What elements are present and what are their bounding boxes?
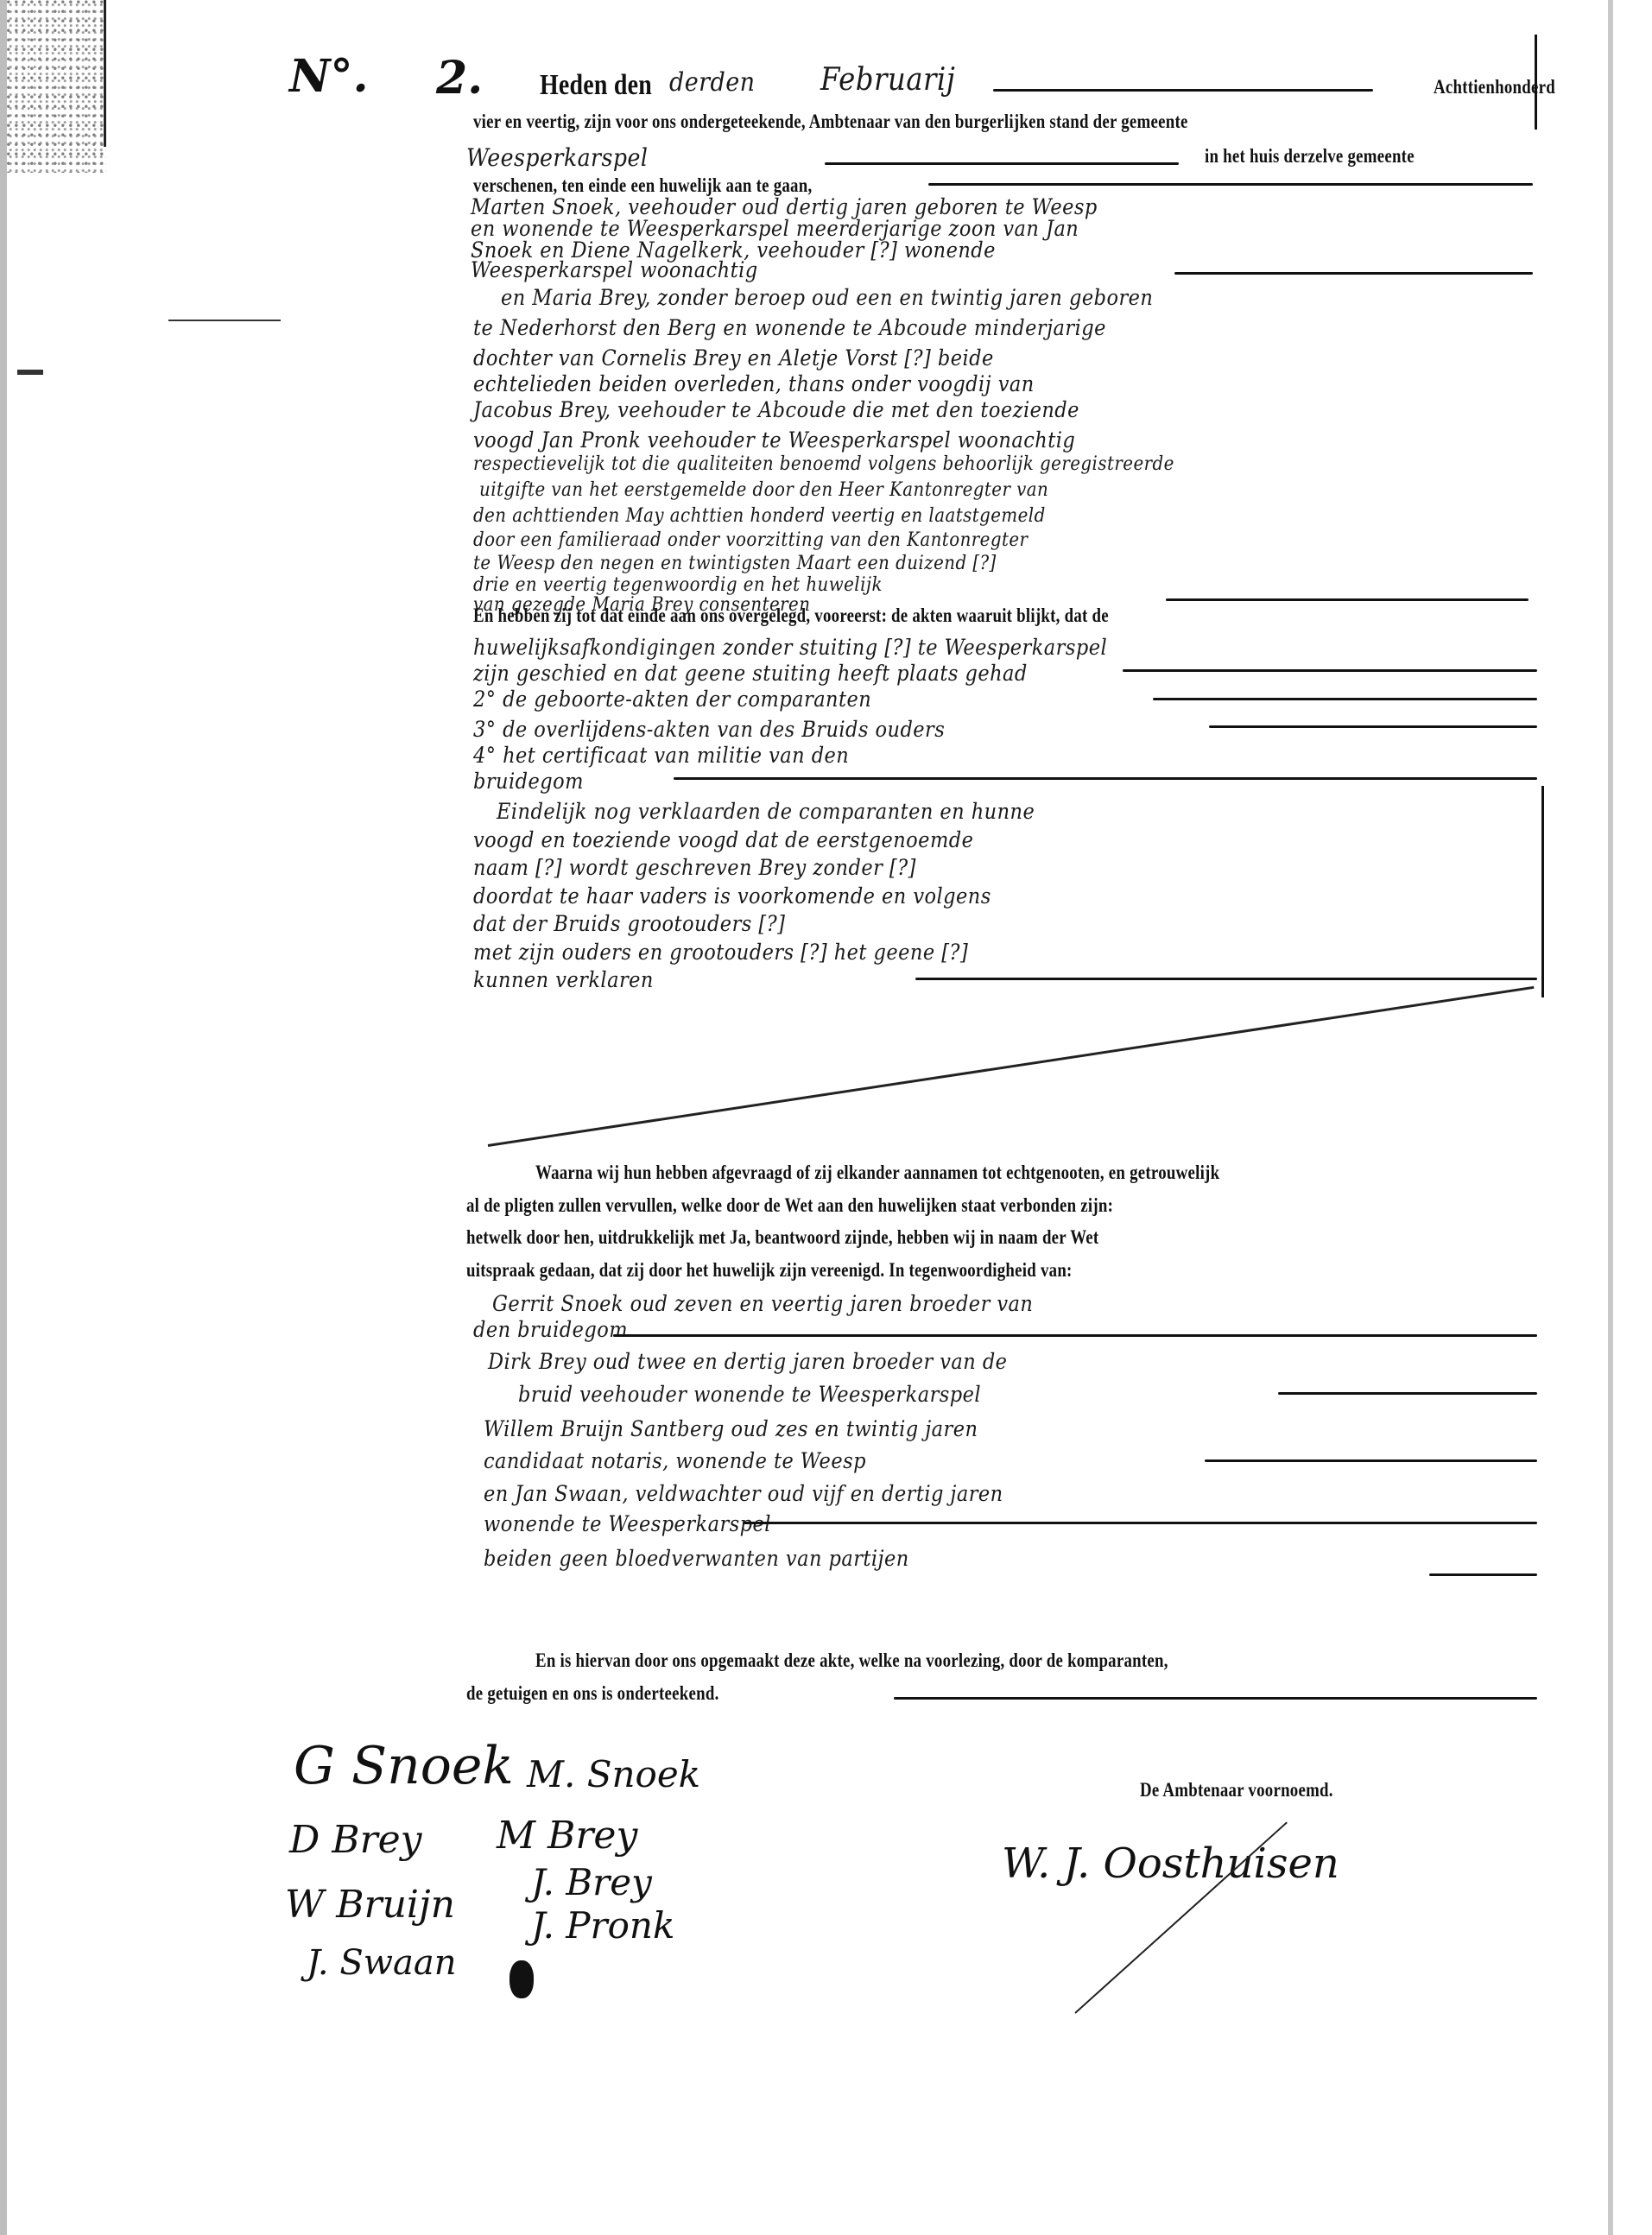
fill-rule	[915, 978, 1537, 980]
municipality-handwritten: Weesperkarspel	[466, 143, 648, 172]
witness-line: candidaat notaris, wonende te Weesp	[484, 1448, 866, 1473]
witness-line: beiden geen bloedverwanten van partijen	[484, 1546, 909, 1571]
parties-line: door een familieraad onder voorzitting v…	[473, 529, 1028, 551]
month-handwritten: Februarij	[820, 62, 955, 98]
parties-line: voogd Jan Pronk veehouder te Weesperkars…	[473, 427, 1075, 453]
signature-g-snoek: G Snoek	[294, 1736, 514, 1796]
documents-intro: En hebben zij tot dat einde aan ons over…	[473, 605, 1109, 627]
fill-rule	[743, 1522, 1537, 1524]
scan-left-edge	[0, 0, 7, 2235]
intro-line-2: vier en veertig, zijn voor ons ondergete…	[473, 111, 1188, 133]
fill-rule	[1174, 272, 1533, 275]
parties-line: te Weesp den negen en twintigsten Maart …	[473, 553, 997, 574]
fill-rule	[1123, 669, 1537, 672]
cancel-diagonal-line	[488, 986, 1535, 1147]
declaration-line: kunnen verklaren	[473, 967, 654, 992]
parties-line: uitgifte van het eerstgemelde door den H…	[479, 479, 1048, 501]
signature-j-swaan: J. Swaan	[307, 1943, 456, 1983]
parties-line: den achttienden May achttien honderd vee…	[473, 505, 1046, 527]
record-number-label: N°.	[289, 50, 369, 103]
witness-line: bruid veehouder wonende te Weesperkarspe…	[518, 1382, 981, 1407]
signature-m-brey: M Brey	[497, 1814, 637, 1858]
fill-rule	[1209, 725, 1537, 728]
declaration-line: dat der Bruids grootouders [?]	[473, 911, 785, 936]
fill-rule	[993, 89, 1373, 92]
document-item: zijn geschied en dat geene stuiting heef…	[473, 661, 1028, 686]
fill-rule	[825, 162, 1179, 165]
vows-line: Waarna wij hun hebben afgevraagd of zij …	[535, 1162, 1219, 1184]
intro-line-3-right: in het huis derzelve gemeente	[1205, 145, 1415, 168]
declaration-line: voogd en toeziende voogd dat de eerstgen…	[473, 827, 973, 852]
signature-d-brey: D Brey	[289, 1818, 422, 1862]
fill-rule	[928, 183, 1533, 186]
fill-rule	[1429, 1573, 1537, 1576]
parties-line: Weesperkarspel woonachtig	[471, 257, 758, 282]
parties-line: te Nederhorst den Berg en wonende te Abc…	[473, 315, 1106, 340]
signature-w-bruijn: W Bruijn	[285, 1883, 455, 1927]
fill-rule	[1153, 698, 1537, 700]
declaration-line: doordat te haar vaders is voorkomende en…	[473, 883, 991, 909]
scan-right-edge	[1608, 0, 1613, 2235]
document-item: 2° de geboorte-akten der comparanten	[473, 687, 871, 712]
parties-line: echtelieden beiden overleden, thans onde…	[473, 371, 1035, 396]
document-item: bruidegom	[473, 769, 584, 794]
vows-line: al de pligten zullen vervullen, welke do…	[466, 1194, 1113, 1217]
parties-line: Jacobus Brey, veehouder te Abcoude die m…	[473, 397, 1079, 422]
record-number: 2.	[436, 52, 483, 104]
witness-line: Willem Bruijn Santberg oud zes en twinti…	[484, 1416, 978, 1441]
closing-line-1: En is hiervan door ons opgemaakt deze ak…	[535, 1649, 1168, 1672]
ink-blot	[510, 1960, 534, 1998]
day-handwritten: derden	[669, 67, 756, 98]
declaration-line: met zijn ouders en grootouders [?] het g…	[473, 940, 968, 965]
vows-line: hetwelk door hen, uitdrukkelijk met Ja, …	[466, 1226, 1098, 1249]
document-item: 4° het certificaat van militie van den	[473, 743, 849, 768]
official-label: De Ambtenaar voornoemd.	[1140, 1779, 1333, 1801]
witness-line: Gerrit Snoek oud zeven en veertig jaren …	[492, 1291, 1033, 1316]
fill-rule	[1278, 1392, 1537, 1395]
document-item: huwelijksafkondigingen zonder stuiting […	[473, 635, 1107, 660]
witness-line: den bruidegom	[473, 1317, 628, 1342]
stray-line	[168, 320, 281, 321]
declaration-line: naam [?] wordt geschreven Brey zonder [?…	[473, 855, 916, 880]
intro-heden: Heden den	[540, 69, 652, 102]
intro-year-start: Achttienhonderd	[1434, 76, 1555, 98]
fill-rule	[894, 1697, 1537, 1700]
page-fold-line	[104, 0, 106, 147]
witness-line: Dirk Brey oud twee en dertig jaren broed…	[488, 1349, 1007, 1374]
vows-line: uitspraak gedaan, dat zij door het huwel…	[466, 1259, 1073, 1282]
margin-bracket	[1541, 786, 1544, 997]
signature-official: W. J. Oosthuisen	[1002, 1839, 1339, 1888]
parties-line: respectievelijk tot die qualiteiten beno…	[473, 453, 1174, 475]
parties-line: dochter van Cornelis Brey en Aletje Vors…	[473, 345, 994, 370]
fill-rule	[1166, 598, 1529, 601]
signature-j-pronk: J. Pronk	[531, 1904, 674, 1947]
parties-line: en Maria Brey, zonder beroep oud een en …	[501, 285, 1153, 310]
fill-rule	[1205, 1459, 1537, 1462]
signature-m-snoek: M. Snoek	[527, 1753, 700, 1795]
witness-line: en Jan Swaan, veldwachter oud vijf en de…	[484, 1481, 1003, 1506]
signature-j-brey: J. Brey	[531, 1861, 652, 1903]
parties-line: drie en veertig tegenwoordig en het huwe…	[473, 574, 883, 596]
declaration-line: Eindelijk nog verklaarden de comparanten…	[497, 799, 1035, 824]
witness-line: wonende te Weesperkarspel	[484, 1511, 771, 1536]
closing-line-2: de getuigen en ons is onderteekend.	[466, 1682, 719, 1705]
document-item: 3° de overlijdens-akten van des Bruids o…	[473, 717, 945, 742]
margin-mark	[17, 370, 43, 375]
fill-rule	[613, 1334, 1537, 1337]
scan-speckle	[7, 0, 106, 173]
fill-rule	[674, 777, 1537, 780]
